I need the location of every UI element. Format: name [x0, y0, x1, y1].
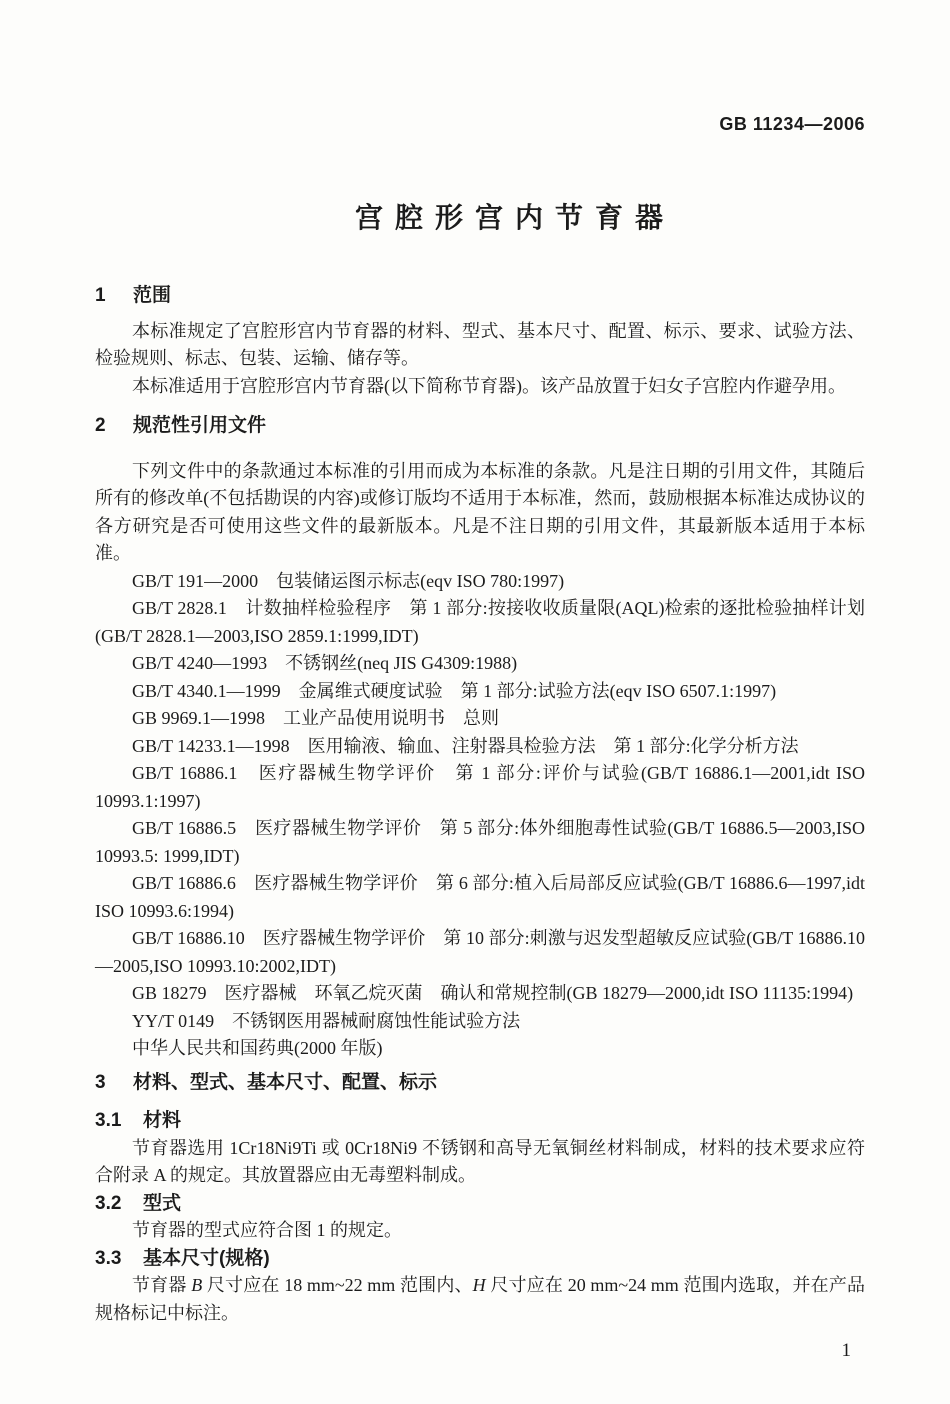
reference-item: GB/T 16886.6 医疗器械生物学评价 第 6 部分:植入后局部反应试验(…	[95, 870, 865, 925]
dimension-variable-h: H	[473, 1275, 486, 1295]
reference-item: GB 9969.1—1998 工业产品使用说明书 总则	[95, 705, 865, 733]
reference-item: GB/T 16886.1 医疗器械生物学评价 第 1 部分:评价与试验(GB/T…	[95, 760, 865, 815]
reference-item: GB/T 191—2000 包装储运图示标志(eqv ISO 780:1997)	[95, 568, 865, 596]
reference-item: GB/T 4240—1993 不锈钢丝(neq JIS G4309:1988)	[95, 650, 865, 678]
section-2-title: 规范性引用文件	[133, 415, 266, 436]
section-3-title: 材料、型式、基本尺寸、配置、标示	[133, 1072, 437, 1093]
section-3-heading: 3材料、型式、基本尺寸、配置、标示	[95, 1069, 865, 1097]
subsection-3-1-title: 材料	[143, 1110, 181, 1131]
references-intro: 下列文件中的条款通过本标准的引用而成为本标准的条款。凡是注日期的引用文件，其随后…	[95, 458, 865, 568]
section-2-number: 2	[95, 412, 133, 440]
standard-code: GB 11234—2006	[95, 112, 865, 136]
document-title: 宫腔形宫内节育器	[130, 198, 900, 238]
subsection-3-1-number: 3.1	[95, 1107, 143, 1135]
reference-item: YY/T 0149 不锈钢医用器械耐腐蚀性能试验方法	[95, 1008, 865, 1036]
reference-item: GB 18279 医疗器械 环氧乙烷灭菌 确认和常规控制(GB 18279—20…	[95, 980, 865, 1008]
page-content: GB 11234—2006 宫腔形宫内节育器 1范围 本标准规定了宫腔形宫内节育…	[0, 0, 950, 1364]
section-scope: 1范围 本标准规定了宫腔形宫内节育器的材料、型式、基本尺寸、配置、标示、要求、试…	[95, 282, 865, 400]
page-number: 1	[95, 1337, 865, 1364]
subsection-3-2-title: 型式	[143, 1193, 181, 1214]
dimensions-text-2: 尺寸应在 18 mm~22 mm 范围内、	[202, 1275, 472, 1295]
section-1-number: 1	[95, 282, 133, 310]
reference-item: GB/T 16886.10 医疗器械生物学评价 第 10 部分:刺激与迟发型超敏…	[95, 925, 865, 980]
type-paragraph: 节育器的型式应符合图 1 的规定。	[95, 1217, 865, 1245]
subsection-3-3-number: 3.3	[95, 1245, 143, 1273]
materials-paragraph: 节育器选用 1Cr18Ni9Ti 或 0Cr18Ni9 不锈钢和高导无氧铜丝材料…	[95, 1135, 865, 1190]
section-3-number: 3	[95, 1069, 133, 1097]
dimension-variable-b: B	[191, 1275, 202, 1295]
scope-paragraph-2: 本标准适用于宫腔形宫内节育器(以下简称节育器)。该产品放置于妇女子宫腔内作避孕用…	[95, 373, 865, 401]
section-materials-types: 3材料、型式、基本尺寸、配置、标示 3.1材料 节育器选用 1Cr18Ni9Ti…	[95, 1069, 865, 1328]
reference-item: 中华人民共和国药典(2000 年版)	[95, 1035, 865, 1063]
reference-item: GB/T 16886.5 医疗器械生物学评价 第 5 部分:体外细胞毒性试验(G…	[95, 815, 865, 870]
document-page: GB 11234—2006 宫腔形宫内节育器 1范围 本标准规定了宫腔形宫内节育…	[0, 0, 950, 1404]
dimensions-paragraph: 节育器 B 尺寸应在 18 mm~22 mm 范围内、H 尺寸应在 20 mm~…	[95, 1272, 865, 1327]
section-1-title: 范围	[133, 285, 171, 306]
dimensions-text-1: 节育器	[132, 1275, 191, 1295]
reference-item: GB/T 14233.1—1998 医用输液、输血、注射器具检验方法 第 1 部…	[95, 733, 865, 761]
subsection-3-3-heading: 3.3基本尺寸(规格)	[95, 1245, 865, 1273]
reference-item: GB/T 2828.1 计数抽样检验程序 第 1 部分:按接收收质量限(AQL)…	[95, 595, 865, 650]
section-2-heading: 2规范性引用文件	[95, 412, 865, 440]
subsection-3-2-number: 3.2	[95, 1190, 143, 1218]
section-1-heading: 1范围	[95, 282, 865, 310]
reference-item: GB/T 4340.1—1999 金属维式硬度试验 第 1 部分:试验方法(eq…	[95, 678, 865, 706]
subsection-3-2-heading: 3.2型式	[95, 1190, 865, 1218]
scope-paragraph-1: 本标准规定了宫腔形宫内节育器的材料、型式、基本尺寸、配置、标示、要求、试验方法、…	[95, 318, 865, 373]
section-normative-references: 2规范性引用文件 下列文件中的条款通过本标准的引用而成为本标准的条款。凡是注日期…	[95, 412, 865, 1063]
subsection-3-3-title: 基本尺寸(规格)	[143, 1248, 270, 1269]
subsection-3-1-heading: 3.1材料	[95, 1107, 865, 1135]
